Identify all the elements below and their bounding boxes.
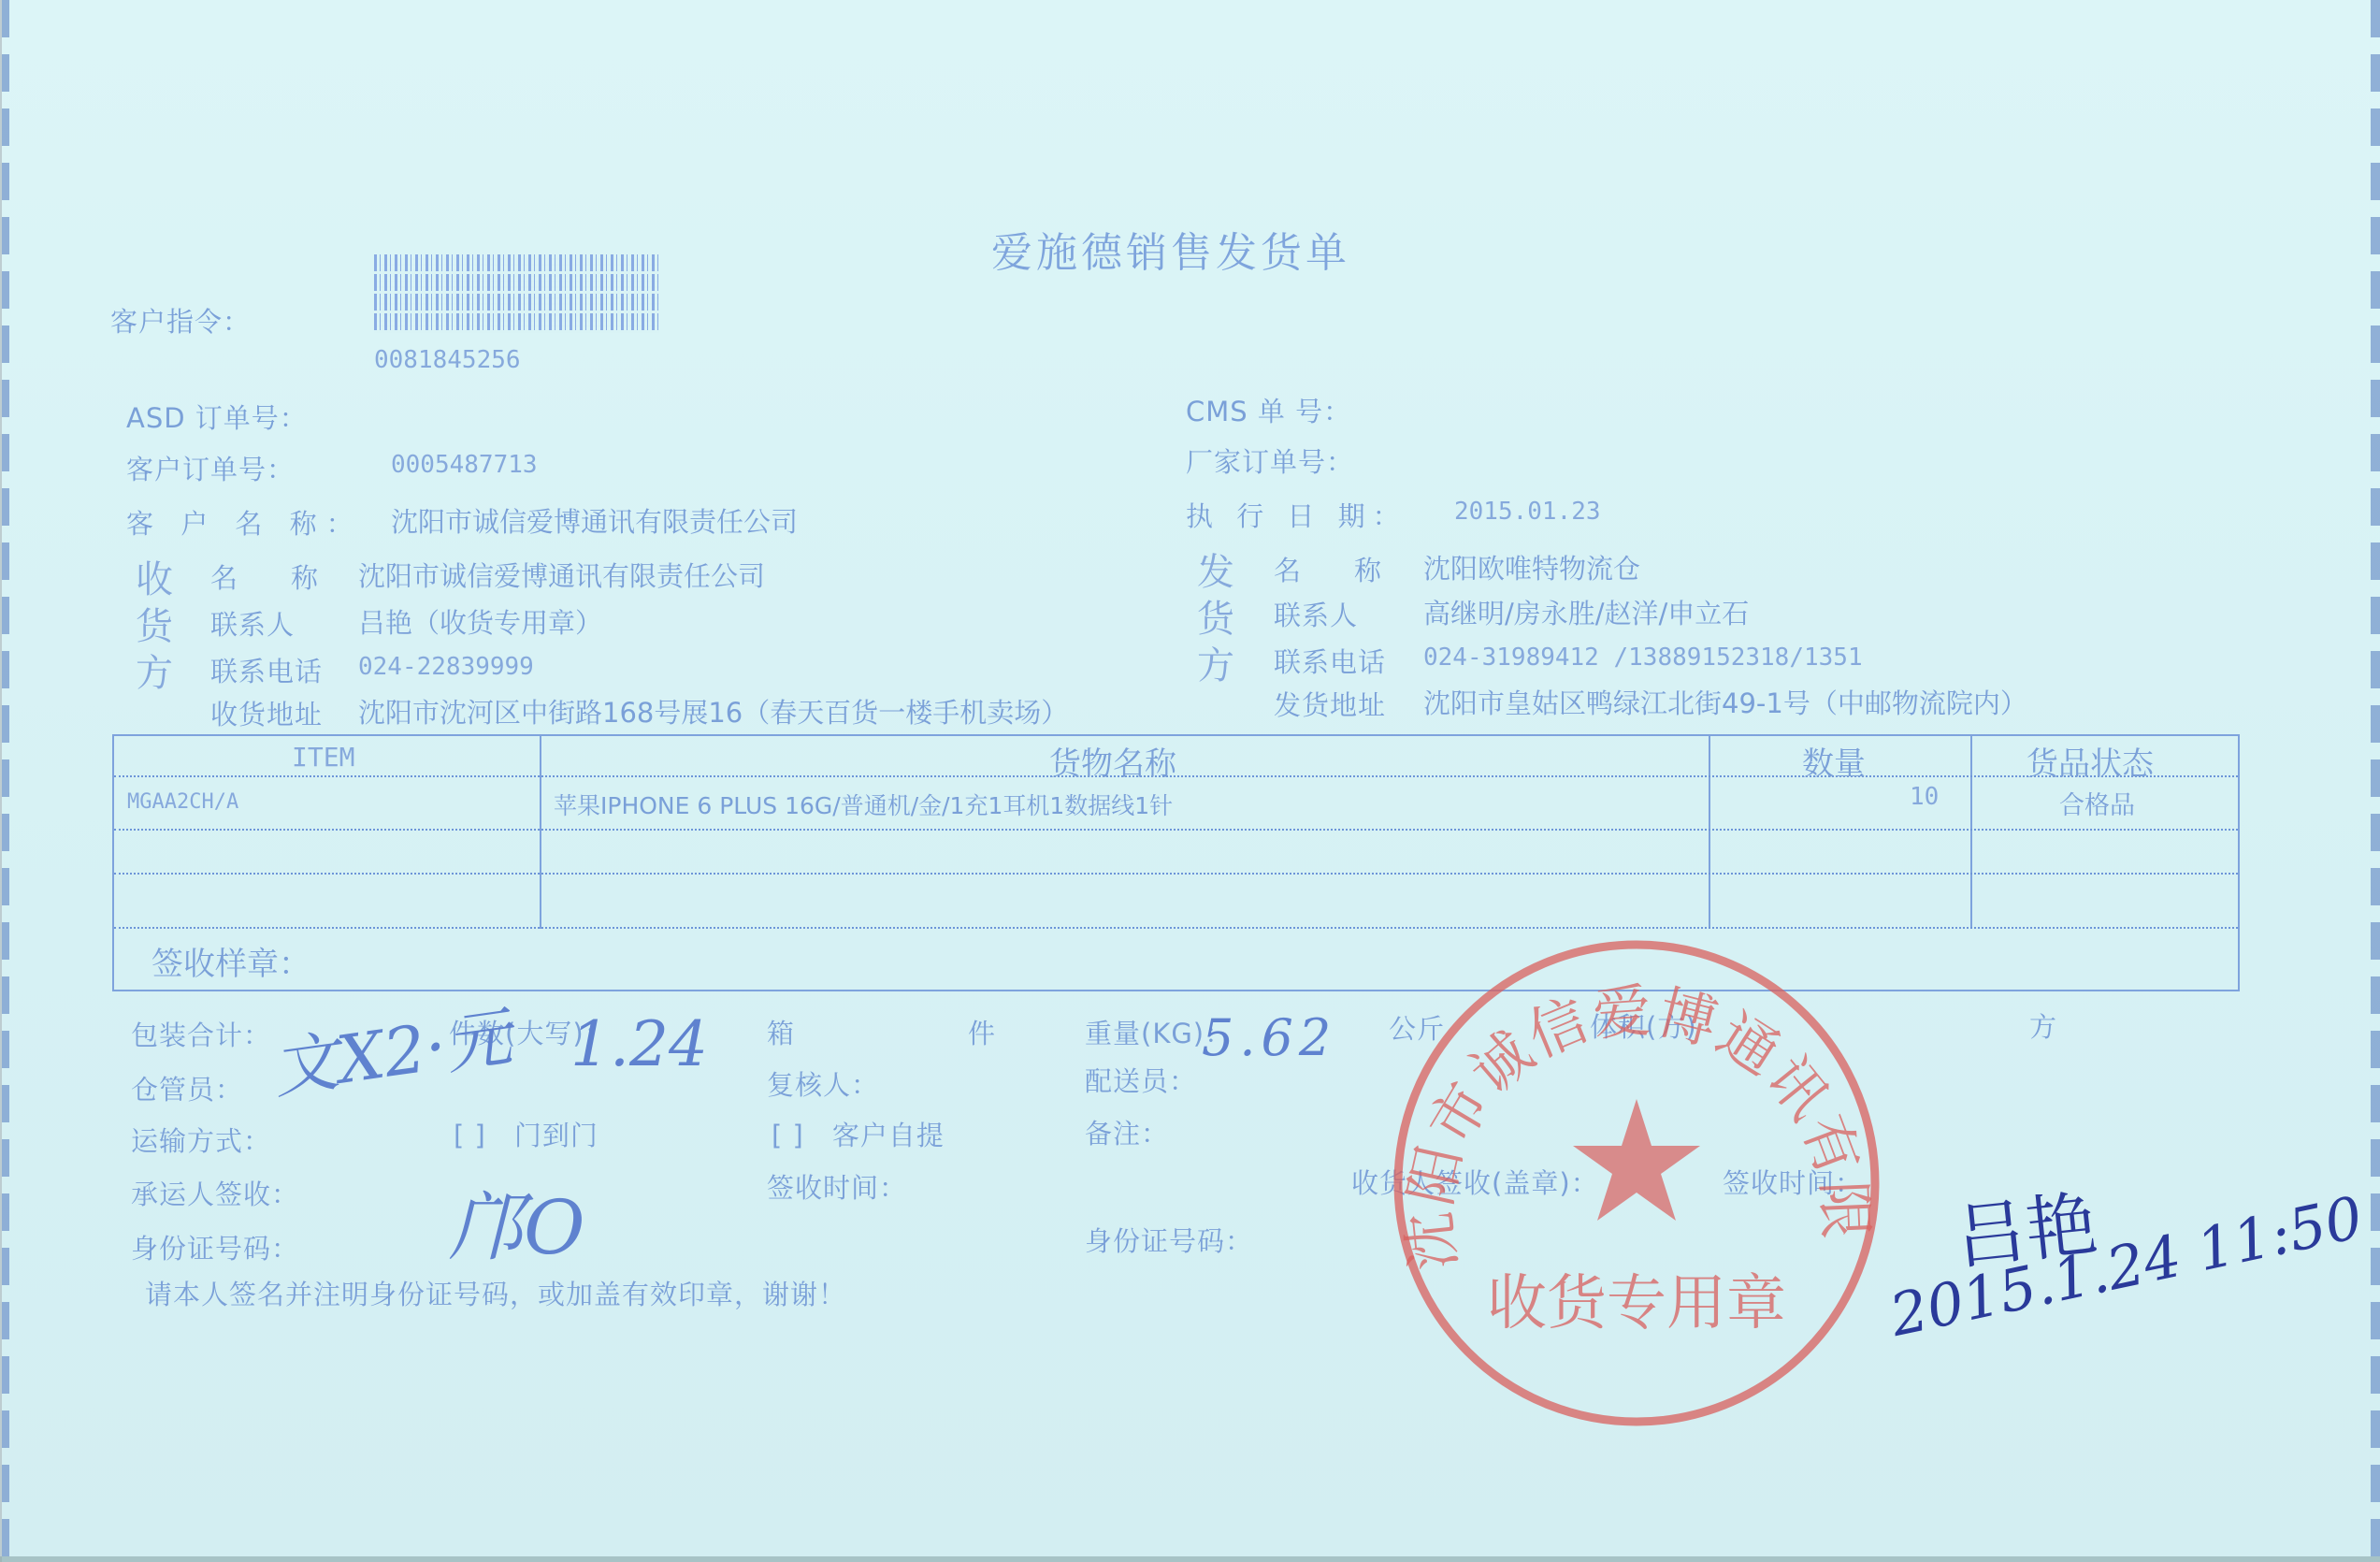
shipper-phone-value: 024-31989412 /13889152318/1351 xyxy=(1423,644,1863,672)
door-to-door-checkbox[interactable]: [ ] 门到门 xyxy=(454,1115,599,1153)
notice-text: 请本人签名并注明身份证号码，或加盖有效印章，谢谢！ xyxy=(145,1274,846,1312)
volume-unit: 方 xyxy=(2029,1006,2057,1045)
remarks-label: 备注： xyxy=(1085,1113,1169,1151)
consignee-side-char-2: 货 xyxy=(136,597,173,650)
handwritten-carrier-signature: 邝O xyxy=(449,1167,585,1275)
exec-date-label: 执 行 日 期： xyxy=(1186,496,1407,534)
shipper-contact-label: 联系人 xyxy=(1274,595,1358,633)
shipper-address-label: 发货地址 xyxy=(1274,685,1386,723)
row-status: 合格品 xyxy=(2059,785,2135,821)
row-goods-name: 苹果IPHONE 6 PLUS 16G/普通机/金/1充1耳机1数据线1针 xyxy=(554,788,1173,821)
consignee-phone-label: 联系电话 xyxy=(210,651,323,689)
row-divider xyxy=(114,829,2238,831)
warehouse-keeper-label: 仓管员： xyxy=(131,1069,243,1107)
stamp-bottom-text: 收货专用章 xyxy=(1487,1269,1786,1338)
shipper-side-char-1: 发 xyxy=(1197,542,1234,596)
vendor-order-label: 厂家订单号： xyxy=(1186,441,1354,480)
id-number-label-left: 身份证号码： xyxy=(131,1228,299,1266)
col-divider xyxy=(1709,736,1710,929)
cms-number-label: CMS 单 号： xyxy=(1186,391,1351,429)
row-item-code: MGAA2CH/A xyxy=(127,790,238,814)
carrier-sign-label: 承运人签收： xyxy=(131,1174,299,1212)
receiver-sign-time-label: 签收时间： xyxy=(1723,1163,1863,1201)
receiver-sign-datetime: 2015.1.24 11:50 xyxy=(1884,1183,2369,1350)
header-quantity: 数量 xyxy=(1802,738,1866,784)
box-label: 箱 xyxy=(767,1013,795,1051)
row-divider xyxy=(114,873,2238,875)
consignee-phone-value: 024-22839999 xyxy=(358,653,534,681)
barcode-number: 0081845256 xyxy=(374,346,521,374)
delivery-note-paper: 爱施德销售发货单 客户指令： 0081845256 ASD 订单号： 客户订单号… xyxy=(0,0,2380,1562)
header-item: ITEM xyxy=(292,742,354,773)
exec-date-value: 2015.01.23 xyxy=(1454,498,1601,526)
shipper-name-label: 名 称 xyxy=(1274,550,1394,588)
consignee-side-char-3: 方 xyxy=(136,644,173,697)
paper-bottom-edge xyxy=(0,1556,2380,1562)
sign-sample-label: 签收样章： xyxy=(151,938,310,984)
customer-order-value: 0005487713 xyxy=(391,451,538,479)
dispatcher-label: 配送员： xyxy=(1085,1061,1197,1099)
id-number-label-right: 身份证号码： xyxy=(1085,1221,1253,1259)
shipper-side-char-2: 货 xyxy=(1197,589,1234,643)
customer-name-label: 客 户 名 称： xyxy=(126,503,363,542)
transport-method-label: 运输方式： xyxy=(131,1121,271,1159)
shipper-side-char-3: 方 xyxy=(1197,636,1234,689)
shipper-contact-value: 高继明/房永胜/赵洋/申立石 xyxy=(1423,593,1749,631)
goods-table: ITEM 货物名称 数量 货品状态 MGAA2CH/A 苹果IPHONE 6 P… xyxy=(112,734,2240,991)
self-pickup-checkbox[interactable]: [ ] 客户自提 xyxy=(772,1115,945,1153)
asd-order-label: ASD 订单号： xyxy=(126,398,308,436)
shipper-name-value: 沈阳欧唯特物流仓 xyxy=(1423,548,1640,586)
shipper-phone-label: 联系电话 xyxy=(1274,642,1386,680)
shipper-address-value: 沈阳市皇姑区鸭绿江北街49-1号（中邮物流院内） xyxy=(1423,683,2027,721)
perforation-right xyxy=(2371,0,2380,1562)
header-goods-name: 货物名称 xyxy=(1049,738,1176,784)
customer-instruction-label: 客户指令： xyxy=(110,301,251,340)
consignee-address-label: 收货地址 xyxy=(210,694,323,732)
consignee-name-label: 名 称 xyxy=(210,557,331,596)
package-total-label: 包装合计： xyxy=(131,1015,271,1053)
consignee-address-value: 沈阳市沈河区中街路168号展16（春天百货一楼手机卖场） xyxy=(358,692,1068,730)
header-goods-status: 货品状态 xyxy=(2027,738,2154,784)
consignee-side-char-1: 收 xyxy=(136,550,173,603)
volume-label: 体积(方) xyxy=(1590,1006,1697,1045)
star-icon xyxy=(1573,1099,1700,1221)
reviewer-label: 复核人： xyxy=(767,1064,879,1103)
row-quantity: 10 xyxy=(1910,783,1939,811)
pieces-label: 件数(大写)： xyxy=(449,1013,613,1051)
col-divider xyxy=(1970,736,1972,929)
consignee-name-value: 沈阳市诚信爱博通讯有限责任公司 xyxy=(358,556,765,594)
barcode-icon xyxy=(374,254,659,333)
sign-time-label: 签收时间： xyxy=(767,1167,907,1206)
row-divider xyxy=(114,927,2238,929)
customer-name-value: 沈阳市诚信爱博通讯有限责任公司 xyxy=(391,501,798,540)
weight-unit: 公斤 xyxy=(1389,1008,1445,1047)
col-divider xyxy=(540,736,541,929)
consignee-contact-label: 联系人 xyxy=(210,604,295,643)
document-title: 爱施德销售发货单 xyxy=(991,219,1350,279)
perforation-left xyxy=(0,0,9,1562)
receiver-signature: 吕艳 xyxy=(1950,1166,2102,1282)
consignee-contact-value: 吕艳（收货专用章） xyxy=(358,602,602,641)
receiver-sign-label: 收货人签收(盖章)： xyxy=(1351,1163,1599,1201)
piece-unit-label: 件 xyxy=(968,1013,996,1051)
customer-order-label: 客户订单号： xyxy=(126,449,295,487)
weight-label: 重量(KG)： xyxy=(1085,1013,1233,1051)
